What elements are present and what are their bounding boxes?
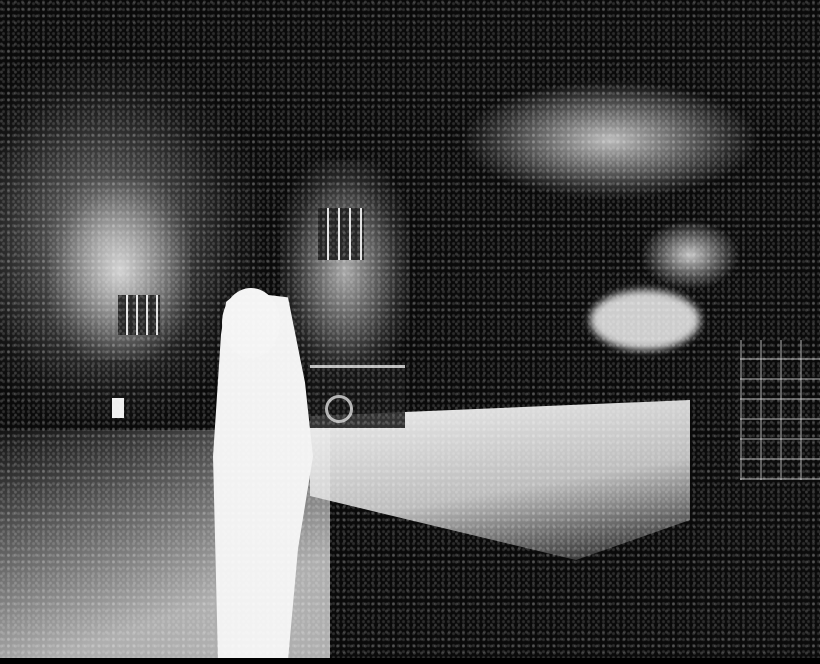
grain-texture — [0, 0, 820, 664]
print-border — [0, 658, 820, 664]
photograph — [0, 0, 820, 664]
